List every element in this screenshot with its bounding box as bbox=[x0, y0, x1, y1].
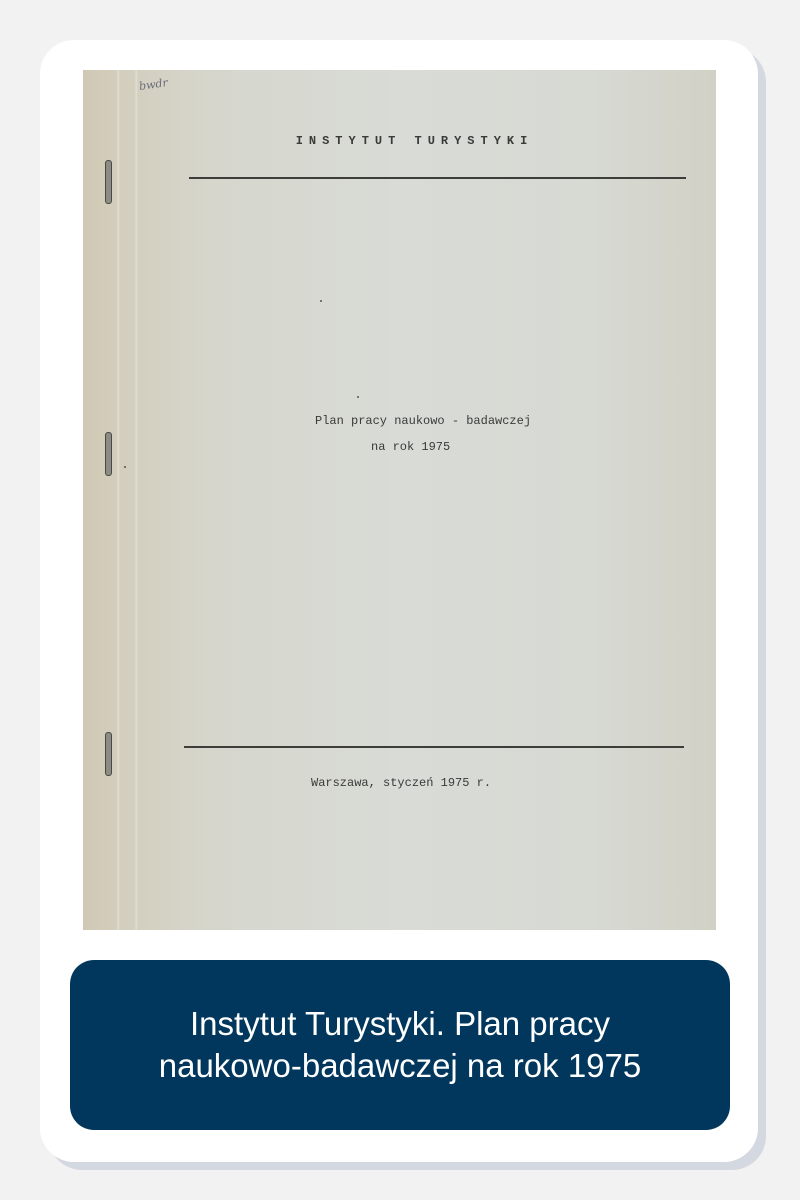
paper-speck bbox=[320, 300, 322, 302]
institution-header: INSTYTUT TURYSTYKI bbox=[83, 134, 716, 148]
top-divider bbox=[189, 177, 686, 179]
paper-speck bbox=[357, 396, 359, 398]
staple-icon bbox=[105, 160, 112, 204]
document-title-line-1: Plan pracy naukowo - badawczej bbox=[315, 414, 531, 428]
place-date: Warszawa, styczeń 1975 r. bbox=[311, 776, 491, 790]
caption-title: Instytut Turystyki. Plan pracy naukowo-b… bbox=[120, 1003, 680, 1087]
paper-speck bbox=[124, 466, 126, 468]
document-title-line-2: na rok 1975 bbox=[371, 440, 450, 454]
caption-banner: Instytut Turystyki. Plan pracy naukowo-b… bbox=[70, 960, 730, 1130]
bottom-divider bbox=[184, 746, 684, 748]
document-scan-image[interactable]: bwdr INSTYTUT TURYSTYKI Plan pracy nauko… bbox=[83, 70, 716, 930]
handwritten-note: bwdr bbox=[138, 76, 168, 93]
staple-icon bbox=[105, 432, 112, 476]
staple-icon bbox=[105, 732, 112, 776]
